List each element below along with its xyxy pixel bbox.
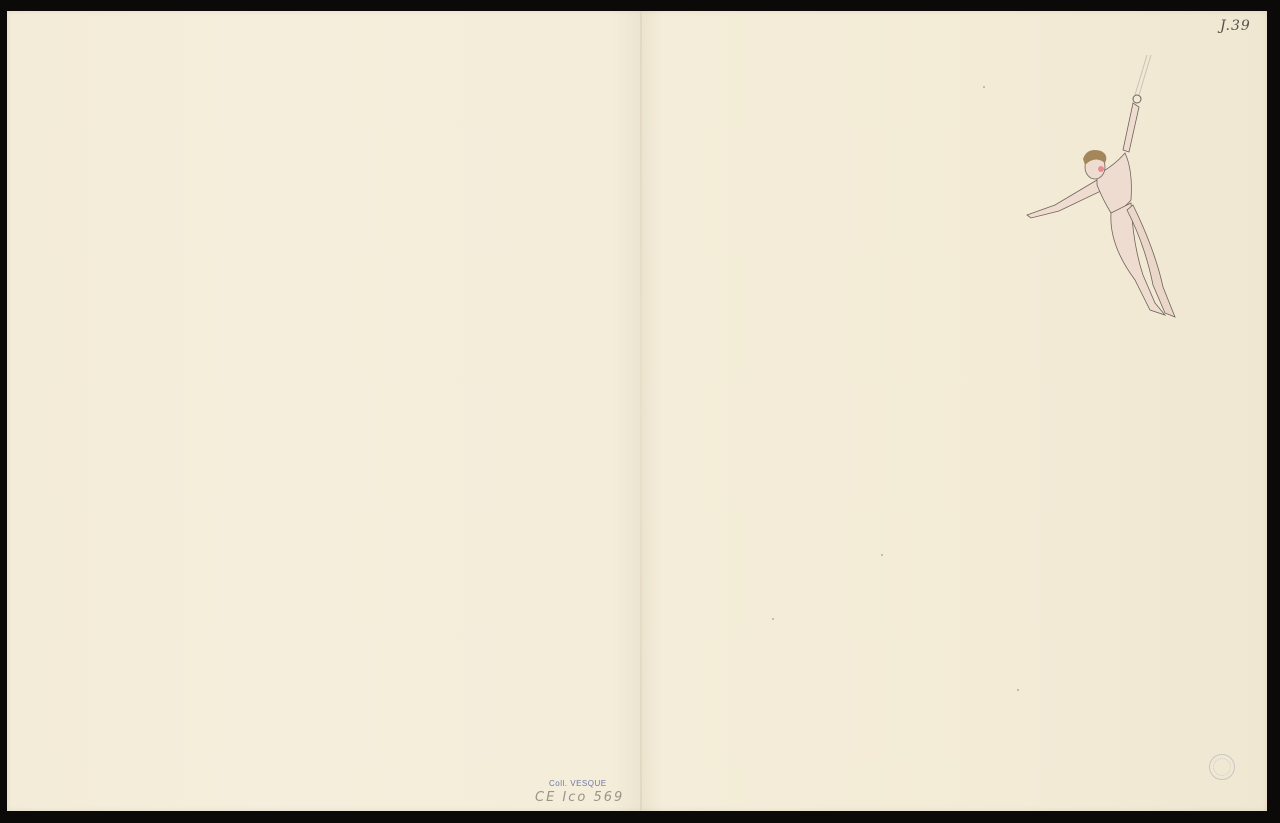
paper-speck [772,618,774,620]
folio-number: J.39 [1220,18,1251,34]
paper-speck [881,554,883,556]
left-leaf [7,11,640,811]
shelfmark: CE Ico 569 [535,790,624,805]
collection-stamp: Coll. VESQUE [549,779,607,788]
library-seal-icon [1209,754,1235,780]
paper-speck [1017,689,1019,691]
trapeze-artist-illustration [1015,55,1185,335]
paper-speck [983,86,985,88]
